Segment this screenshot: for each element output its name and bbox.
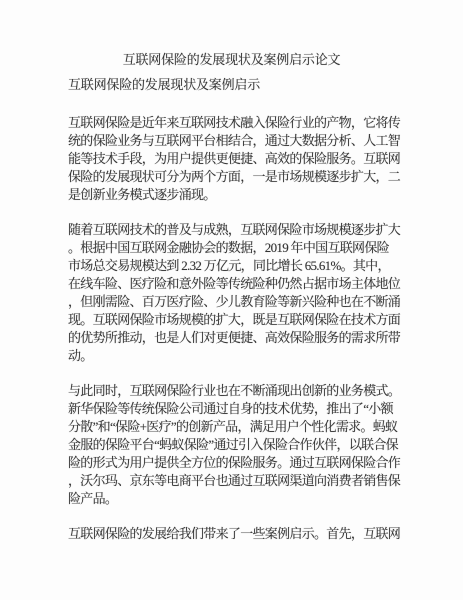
text-line: 金服的保险平台“蚂蚁保险”通过引入保险合作伙伴，以联合保 (68, 436, 403, 454)
document-subtitle: 互联网保险的发展现状及案例启示 (68, 76, 403, 94)
text-line: 的优势所推动，也是人们对更便捷、高效保险服务的需求所带 (68, 329, 403, 347)
text-line: 动。 (68, 347, 403, 365)
document-title: 互联网保险的发展现状及案例启示论文 (68, 51, 395, 69)
text-line: 险的形式为用户提供全方位的保险服务。通过互联网保险合作 (68, 454, 403, 472)
document-page: 互联网保险的发展现状及案例启示论文 互联网保险的发展现状及案例启示 互联网保险是… (0, 0, 463, 600)
text-line: 是创新业务模式逐步涌现。 (68, 186, 403, 204)
text-line: 现。互联网保险市场规模的扩大，既是互联网保险在技术方面 (68, 311, 403, 329)
text-line: 与此同时，互联网保险行业也在不断涌现出创新的业务模式。 (68, 382, 403, 400)
text-line: 市场总交易规模达到 2.32 万亿元，同比增长 65.61%。其中， (68, 257, 403, 275)
text-line: 在线车险、医疗险和意外险等传统险种仍然占据市场主体地位 (68, 275, 403, 293)
paragraph-4: 互联网保险的发展给我们带来了一些案例启示。首先，互联网 (68, 525, 403, 543)
text-line: 互联网保险的发展给我们带来了一些案例启示。首先，互联网 (68, 525, 403, 543)
paragraph-1: 互联网保险是近年来互联网技术融入保险行业的产物，它将传 统的保险业务与互联网平台… (68, 114, 403, 204)
text-line: 保险的发展现状可分为两个方面，一是市场规模逐步扩大，二 (68, 168, 403, 186)
text-line: 险产品。 (68, 490, 403, 508)
text-line: 统的保险业务与互联网平台相结合，通过大数据分析、人工智 (68, 132, 403, 150)
text-line: 能等技术手段，为用户提供更便捷、高效的保险服务。互联网 (68, 150, 403, 168)
text-line: 分散”和“保险+医疗”的创新产品，满足用户个性化需求。蚂蚁 (68, 418, 403, 436)
text-line: ，但刚需险、百万医疗险、少儿教育险等新兴险种也在不断涌 (68, 293, 403, 311)
text-line: ，沃尔玛、京东等电商平台也通过互联网渠道向消费者销售保 (68, 472, 403, 490)
paragraph-3: 与此同时，互联网保险行业也在不断涌现出创新的业务模式。 新华保险等传统保险公司通… (68, 382, 403, 508)
text-line: 。根据中国互联网金融协会的数据，2019 年中国互联网保险 (68, 239, 403, 257)
text-line: 互联网保险是近年来互联网技术融入保险行业的产物，它将传 (68, 114, 403, 132)
text-line: 新华保险等传统保险公司通过自身的技术优势，推出了“小额 (68, 400, 403, 418)
paragraph-2: 随着互联网技术的普及与成熟，互联网保险市场规模逐步扩大 。根据中国互联网金融协会… (68, 221, 403, 365)
text-line: 随着互联网技术的普及与成熟，互联网保险市场规模逐步扩大 (68, 221, 403, 239)
